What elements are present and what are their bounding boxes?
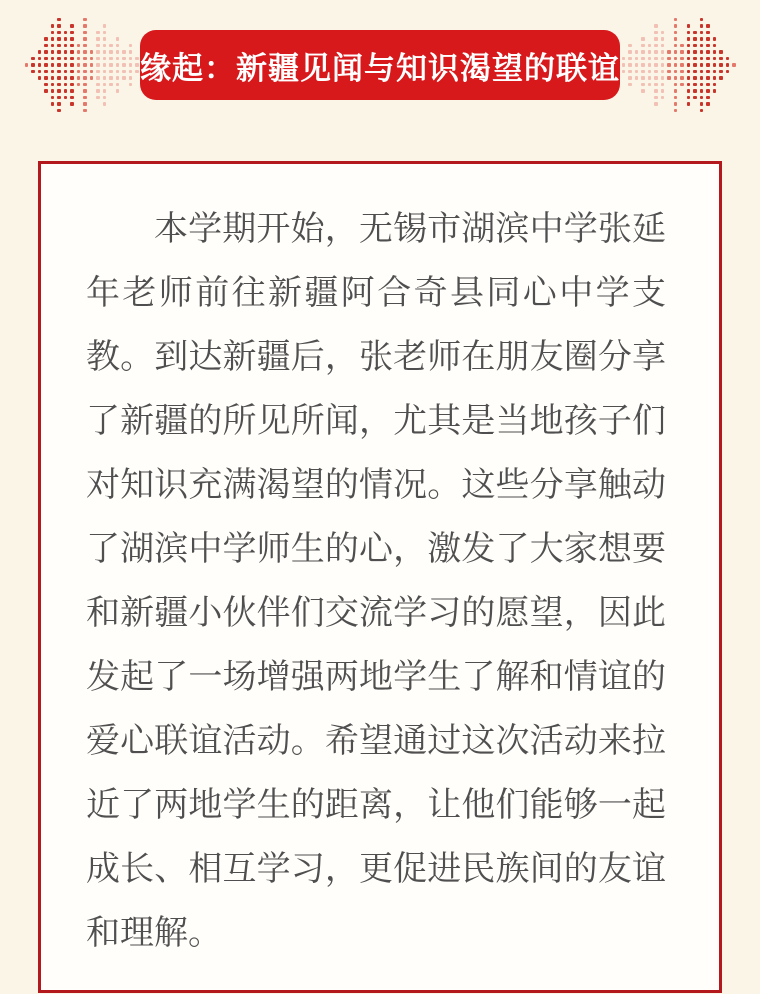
waveform-dots-right-icon bbox=[620, 16, 737, 114]
article-page: 缘起：新疆见闻与知识渴望的联谊 本学期开始，无锡市湖滨中学张延年老师前往新疆阿合… bbox=[0, 0, 760, 993]
waveform-dots-left-icon bbox=[23, 16, 140, 114]
article-paragraph: 本学期开始，无锡市湖滨中学张延年老师前往新疆阿合奇县同心中学支教。到达新疆后，张… bbox=[86, 197, 666, 965]
section-title-banner: 缘起：新疆见闻与知识渴望的联谊 bbox=[140, 30, 620, 100]
section-title: 缘起：新疆见闻与知识渴望的联谊 bbox=[140, 43, 620, 88]
content-card: 本学期开始，无锡市湖滨中学张延年老师前往新疆阿合奇县同心中学支教。到达新疆后，张… bbox=[38, 161, 722, 993]
section-header: 缘起：新疆见闻与知识渴望的联谊 bbox=[0, 0, 760, 130]
